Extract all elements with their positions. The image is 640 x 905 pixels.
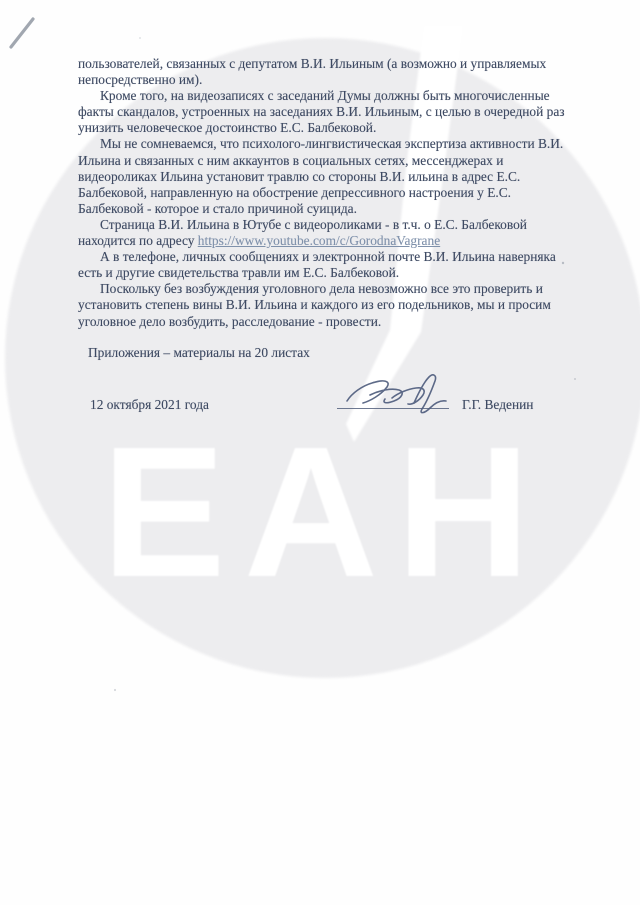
signatory-name: Г.Г. Веденин bbox=[462, 397, 533, 413]
signature-scribble bbox=[0, 0, 640, 905]
scanned-letter-page: ЕАН пользователей, связанных с депутатом… bbox=[0, 0, 640, 905]
